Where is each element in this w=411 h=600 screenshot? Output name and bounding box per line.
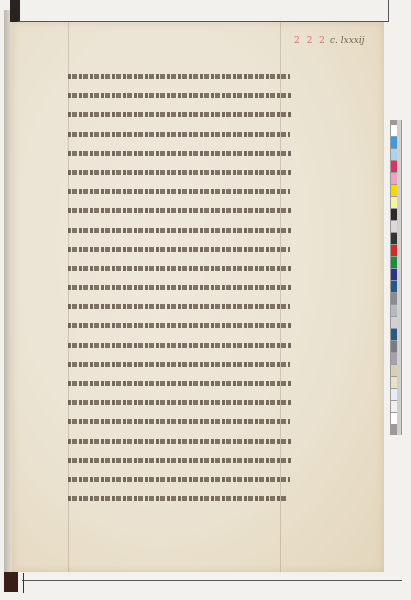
color-swatch xyxy=(391,209,397,220)
color-swatch xyxy=(391,269,397,280)
manuscript-line xyxy=(68,419,290,424)
manuscript-line xyxy=(68,247,290,252)
color-swatch xyxy=(391,125,397,136)
manuscript-line xyxy=(68,93,291,98)
color-swatch xyxy=(391,245,397,256)
color-swatch xyxy=(391,137,397,148)
color-swatch xyxy=(391,185,397,196)
color-swatch xyxy=(391,353,397,364)
color-swatch xyxy=(391,401,397,412)
scale-ruler xyxy=(397,120,401,435)
color-swatch xyxy=(391,341,397,352)
color-swatch xyxy=(391,377,397,388)
manuscript-line xyxy=(68,74,290,79)
manuscript-line xyxy=(68,496,286,501)
color-swatch xyxy=(391,233,397,244)
color-swatch xyxy=(391,305,397,316)
crop-mark-bottom xyxy=(23,573,24,593)
color-swatch xyxy=(391,173,397,184)
manuscript-text-block xyxy=(68,74,298,515)
manuscript-line xyxy=(68,323,291,328)
color-swatch xyxy=(391,221,397,232)
manuscript-line xyxy=(68,132,290,137)
manuscript-line xyxy=(68,189,290,194)
manuscript-line xyxy=(68,343,292,348)
color-swatch xyxy=(391,293,397,304)
manuscript-line xyxy=(68,112,292,117)
color-swatch xyxy=(391,197,397,208)
manuscript-line xyxy=(68,439,291,444)
manuscript-line xyxy=(68,285,292,290)
manuscript-line xyxy=(68,170,292,175)
crop-mark-right xyxy=(388,0,389,22)
color-swatch xyxy=(391,413,397,424)
binding-corner-top xyxy=(10,0,20,22)
color-swatch xyxy=(391,317,397,328)
manuscript-line xyxy=(68,304,290,309)
color-swatch xyxy=(391,389,397,400)
manuscript-page: 2 2 2 c. lxxxij xyxy=(12,22,384,572)
manuscript-line xyxy=(68,151,291,156)
color-swatch xyxy=(391,257,397,268)
folio-annotation: c. lxxxij xyxy=(330,36,365,46)
folio-number-red: 2 2 2 xyxy=(294,36,327,46)
manuscript-line xyxy=(68,208,291,213)
color-swatch xyxy=(391,365,397,376)
manuscript-line xyxy=(68,458,292,463)
crop-line-bottom xyxy=(22,580,402,581)
binding-corner-bottom xyxy=(4,572,18,592)
manuscript-line xyxy=(68,477,290,482)
color-swatch xyxy=(391,281,397,292)
manuscript-line xyxy=(68,381,291,386)
color-swatch xyxy=(391,329,397,340)
manuscript-line xyxy=(68,362,290,367)
manuscript-line xyxy=(68,266,291,271)
color-swatch xyxy=(391,161,397,172)
color-swatch xyxy=(391,149,397,160)
manuscript-line xyxy=(68,228,292,233)
manuscript-line xyxy=(68,400,292,405)
